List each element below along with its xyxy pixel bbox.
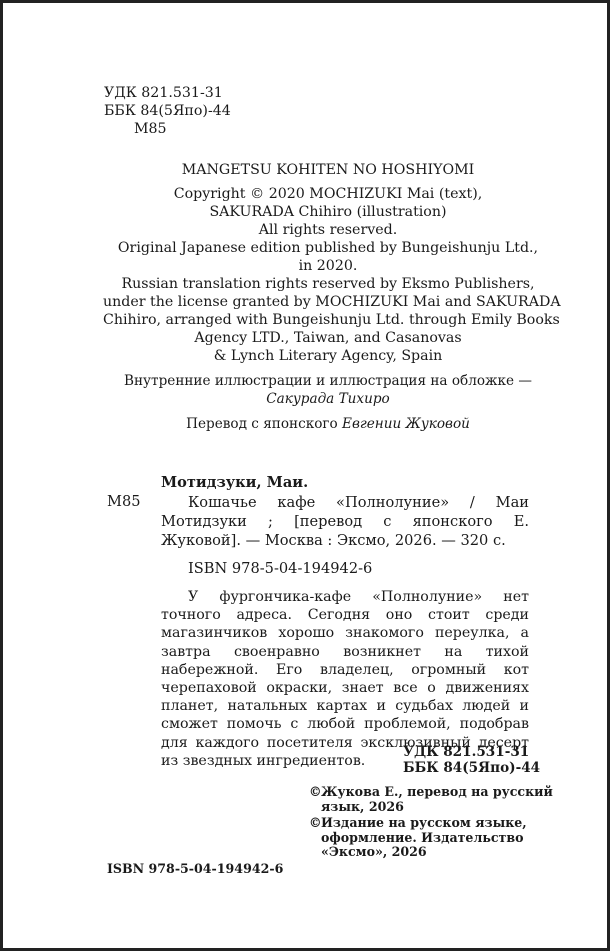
- footer-bbk: ББК 84(5Япо)-44: [403, 760, 540, 776]
- copyright-item-line: Издание на русском языке,: [321, 816, 553, 831]
- footer-classification: УДК 821.531-31 ББК 84(5Япо)-44: [403, 744, 540, 776]
- copyright-item-line: Жукова Е., перевод на русский: [321, 785, 553, 800]
- copyright-line: Chihiro, arranged with Bungeishunju Ltd.…: [103, 311, 553, 329]
- bib-entry: Кошачье кафе «Полнолуние» / Маи Мотидзук…: [161, 493, 529, 550]
- copyright-icon: ©: [309, 816, 322, 831]
- translation-label: Перевод с японского: [186, 416, 338, 432]
- copyright-line: under the license granted by MOCHIZUKI M…: [103, 293, 553, 311]
- footer-udk: УДК 821.531-31: [403, 744, 540, 760]
- illustration-credit: Внутренние иллюстрации и иллюстрация на …: [103, 373, 553, 408]
- author-mark: М85: [104, 120, 231, 138]
- copyright-icon: ©: [309, 785, 322, 800]
- copyright-line: SAKURADA Chihiro (illustration): [103, 203, 553, 221]
- bib-author: Мотидзуки, Маи.: [161, 474, 308, 491]
- copyright-item-line: язык, 2026: [321, 800, 553, 815]
- copyright-item-line: «Эксмо», 2026: [321, 845, 553, 860]
- udk-code: УДК 821.531-31: [104, 84, 231, 102]
- copyright-item-line: оформление. Издательство: [321, 831, 553, 846]
- bib-entry-text: Кошачье кафе «Полнолуние» / Маи Мотидзук…: [161, 494, 529, 549]
- bbk-code: ББК 84(5Япо)-44: [104, 102, 231, 120]
- footer-isbn: ISBN 978-5-04-194942-6: [107, 861, 283, 876]
- classification-block: УДК 821.531-31 ББК 84(5Япо)-44 М85: [104, 84, 231, 138]
- translation-credit: Перевод с японского Евгении Жуковой: [103, 416, 553, 434]
- copyright-line: Agency LTD., Taiwan, and Casanovas: [103, 329, 553, 347]
- illustrator-name: Сакурада Тихиро: [103, 391, 553, 409]
- imprint-page: УДК 821.531-31 ББК 84(5Япо)-44 М85 MANGE…: [3, 3, 607, 948]
- bib-code: М85: [107, 493, 141, 510]
- copyright-line: All rights reserved.: [103, 221, 553, 239]
- translator-name: Евгении Жуковой: [342, 416, 470, 432]
- copyright-line: & Lynch Literary Agency, Spain: [103, 347, 553, 365]
- annotation: У фургончика-кафе «Полнолуние» нет точно…: [161, 588, 529, 770]
- copyright-item: © Жукова Е., перевод на русский язык, 20…: [309, 785, 553, 814]
- copyright-block: MANGETSU KOHITEN NO HOSHIYOMI Copyright …: [103, 161, 553, 365]
- original-title: MANGETSU KOHITEN NO HOSHIYOMI: [103, 161, 553, 179]
- copyright-line: Russian translation rights reserved by E…: [103, 275, 553, 293]
- copyright-line: Original Japanese edition published by B…: [103, 239, 553, 257]
- isbn: ISBN 978-5-04-194942-6: [188, 560, 372, 577]
- copyright-line: in 2020.: [103, 257, 553, 275]
- footer-copyright: © Жукова Е., перевод на русский язык, 20…: [309, 785, 553, 860]
- illustration-label: Внутренние иллюстрации и иллюстрация на …: [103, 373, 553, 391]
- annotation-text: У фургончика-кафе «Полнолуние» нет точно…: [161, 588, 529, 770]
- copyright-item: © Издание на русском языке, оформление. …: [309, 816, 553, 860]
- copyright-line: Copyright © 2020 MOCHIZUKI Mai (text),: [103, 185, 553, 203]
